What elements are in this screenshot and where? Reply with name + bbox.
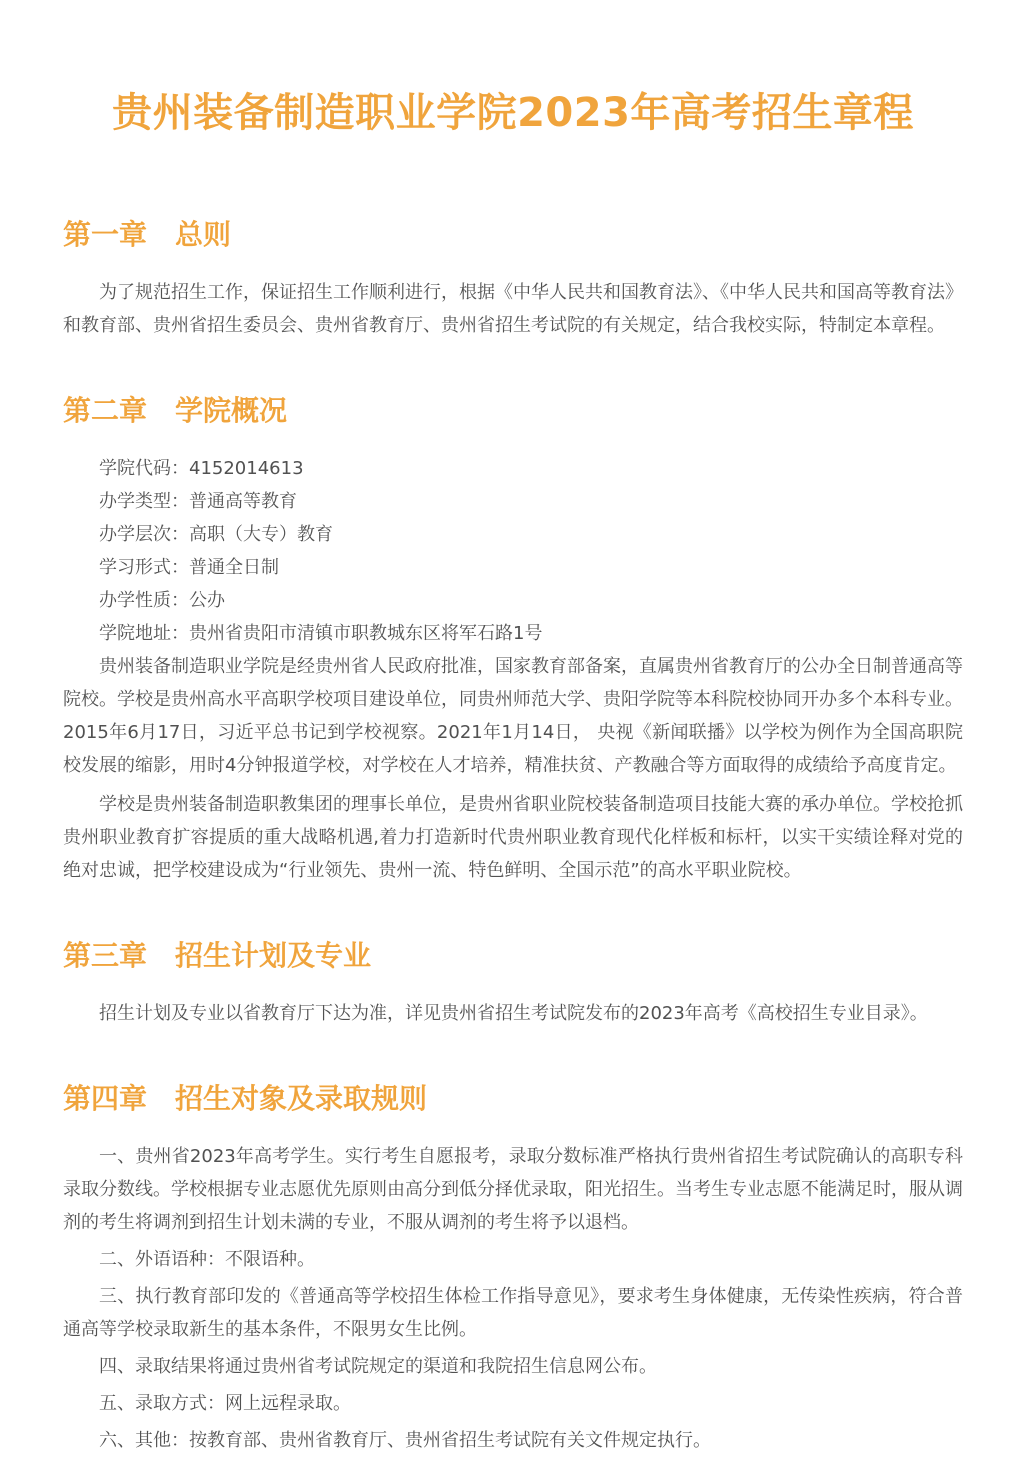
- rule-item-6: 六、其他：按教育部、贵州省教育厅、贵州省招生考试院有关文件规定执行。: [63, 1424, 963, 1457]
- chapter-2-section: 第二章 学院概况 学院代码：4152014613 办学类型：普通高等教育 办学层…: [63, 394, 963, 887]
- chapter-3-section: 第三章 招生计划及专业 招生计划及专业以省教育厅下达为准，详见贵州省招生考试院发…: [63, 939, 963, 1030]
- rule-item-2: 二、外语语种：不限语种。: [63, 1243, 963, 1276]
- info-line-school-address: 学院地址：贵州省贵阳市清镇市职教城东区将军石路1号: [63, 617, 963, 650]
- rule-item-3: 三、执行教育部印发的《普通高等学校招生体检工作指导意见》，要求考生身体健康，无传…: [63, 1280, 963, 1346]
- chapter-4-section: 第四章 招生对象及录取规则 一、贵州省2023年高考学生。实行考生自愿报考，录取…: [63, 1082, 963, 1457]
- chapter-3-paragraph: 招生计划及专业以省教育厅下达为准，详见贵州省招生考试院发布的2023年高考《高校…: [63, 997, 963, 1030]
- rule-item-1: 一、贵州省2023年高考学生。实行考生自愿报考，录取分数标准严格执行贵州省招生考…: [63, 1140, 963, 1239]
- chapter-4-heading: 第四章 招生对象及录取规则: [63, 1082, 963, 1116]
- document-page: 贵州装备制造职业学院2023年高考招生章程 第一章 总则 为了规范招生工作，保证…: [0, 0, 1024, 1484]
- chapter-3-heading: 第三章 招生计划及专业: [63, 939, 963, 973]
- info-line-college-code: 学院代码：4152014613: [63, 452, 963, 485]
- college-info-block: 学院代码：4152014613 办学类型：普通高等教育 办学层次：高职（大专）教…: [63, 452, 963, 650]
- info-line-education-level: 办学层次：高职（大专）教育: [63, 518, 963, 551]
- chapter-1-paragraph: 为了规范招生工作，保证招生工作顺利进行，根据《中华人民共和国教育法》、《中华人民…: [63, 276, 963, 342]
- chapter-2-paragraph-achievements: 学校是贵州装备制造职教集团的理事长单位，是贵州省职业院校装备制造项目技能大赛的承…: [63, 788, 963, 887]
- document-title: 贵州装备制造职业学院2023年高考招生章程: [63, 88, 963, 138]
- rule-item-5: 五、录取方式：网上远程录取。: [63, 1387, 963, 1420]
- info-line-school-nature: 办学性质：公办: [63, 584, 963, 617]
- chapter-2-heading: 第二章 学院概况: [63, 394, 963, 428]
- chapter-2-paragraph-overview: 贵州装备制造职业学院是经贵州省人民政府批准，国家教育部备案，直属贵州省教育厅的公…: [63, 650, 963, 782]
- info-line-study-form: 学习形式：普通全日制: [63, 551, 963, 584]
- info-line-education-type: 办学类型：普通高等教育: [63, 485, 963, 518]
- rule-item-4: 四、录取结果将通过贵州省考试院规定的渠道和我院招生信息网公布。: [63, 1350, 963, 1383]
- chapter-1-section: 第一章 总则 为了规范招生工作，保证招生工作顺利进行，根据《中华人民共和国教育法…: [63, 218, 963, 342]
- chapter-1-heading: 第一章 总则: [63, 218, 963, 252]
